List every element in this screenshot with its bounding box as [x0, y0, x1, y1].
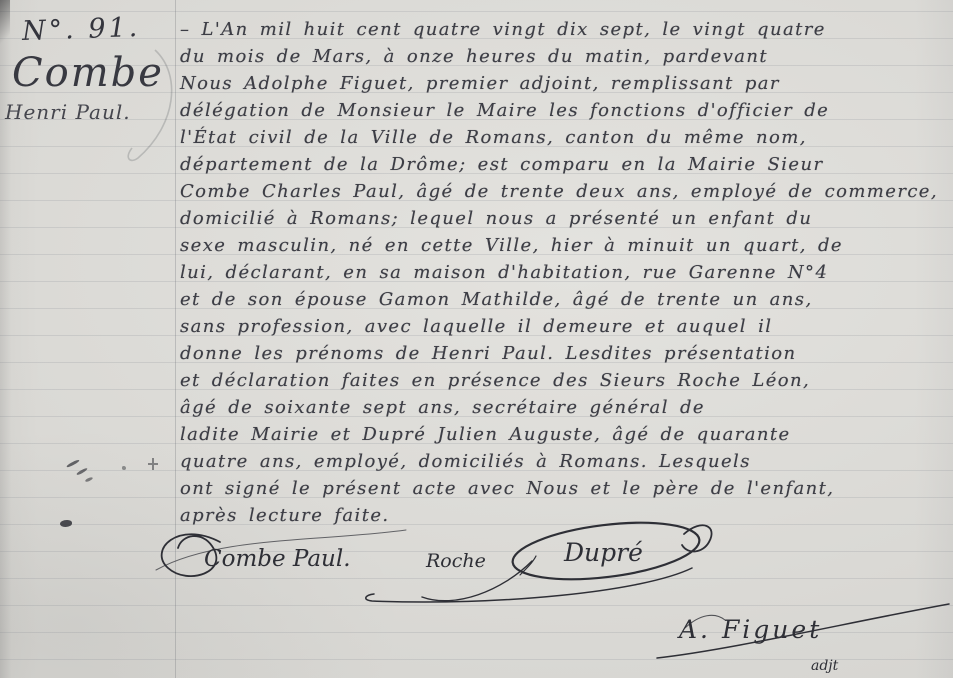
act-number: N°. 91.: [21, 12, 140, 47]
act-text-line: et déclaration faites en présence des Si…: [180, 367, 950, 394]
signature-officer-title: adjt: [811, 658, 839, 674]
signature-officer: A. Figuet adjt: [655, 598, 953, 678]
civil-register-page: N°. 91. Combe Henri Paul. – L'An mil hui…: [0, 0, 953, 678]
act-text-line: – L'An mil huit cent quatre vingt dix se…: [180, 16, 950, 43]
act-text-line: sans profession, avec laquelle il demeur…: [180, 313, 950, 340]
act-text-line: département de la Drôme; est comparu en …: [180, 151, 950, 178]
act-text-line: l'État civil de la Ville de Romans, cant…: [180, 124, 950, 151]
ink-speck: [66, 459, 80, 468]
signature-officer-name: A. Figuet: [677, 615, 822, 644]
act-text-line: délégation de Monsieur le Maire les fonc…: [180, 97, 950, 124]
ink-blot: [60, 520, 72, 527]
act-text-line: Combe Charles Paul, âgé de trente deux a…: [180, 178, 950, 205]
act-text-line: ont signé le présent acte avec Nous et l…: [180, 475, 950, 502]
ink-speck: [76, 467, 88, 476]
act-text-line: du mois de Mars, à onze heures du matin,…: [180, 43, 950, 70]
signature-declarant-name: Combe Paul.: [204, 546, 351, 572]
act-text-line: âgé de soixante sept ans, secrétaire gén…: [180, 394, 950, 421]
act-text-line: domicilié à Romans; lequel nous a présen…: [180, 205, 950, 232]
ink-speck: [85, 476, 94, 482]
act-text-line: donne les prénoms de Henri Paul. Lesdite…: [180, 340, 950, 367]
act-text-line: lui, déclarant, en sa maison d'habitatio…: [180, 259, 950, 286]
act-text-line: quatre ans, employé, domiciliés à Romans…: [180, 448, 950, 475]
cross-mark: [148, 458, 158, 470]
margin-given-names: Henri Paul.: [5, 100, 131, 124]
act-text-line: Nous Adolphe Figuet, premier adjoint, re…: [180, 70, 950, 97]
act-text-line: et de son épouse Gamon Mathilde, âgé de …: [180, 286, 950, 313]
scan-edge-shadow: [0, 0, 10, 46]
act-text-line: sexe masculin, né en cette Ville, hier à…: [180, 232, 950, 259]
signature-dupre-name: Dupré: [563, 538, 643, 567]
ink-speck: [122, 466, 126, 470]
act-body-text: – L'An mil huit cent quatre vingt dix se…: [180, 16, 950, 529]
act-text-line: ladite Mairie et Dupré Julien Auguste, â…: [180, 421, 950, 448]
margin-surname: Combe: [12, 50, 164, 96]
